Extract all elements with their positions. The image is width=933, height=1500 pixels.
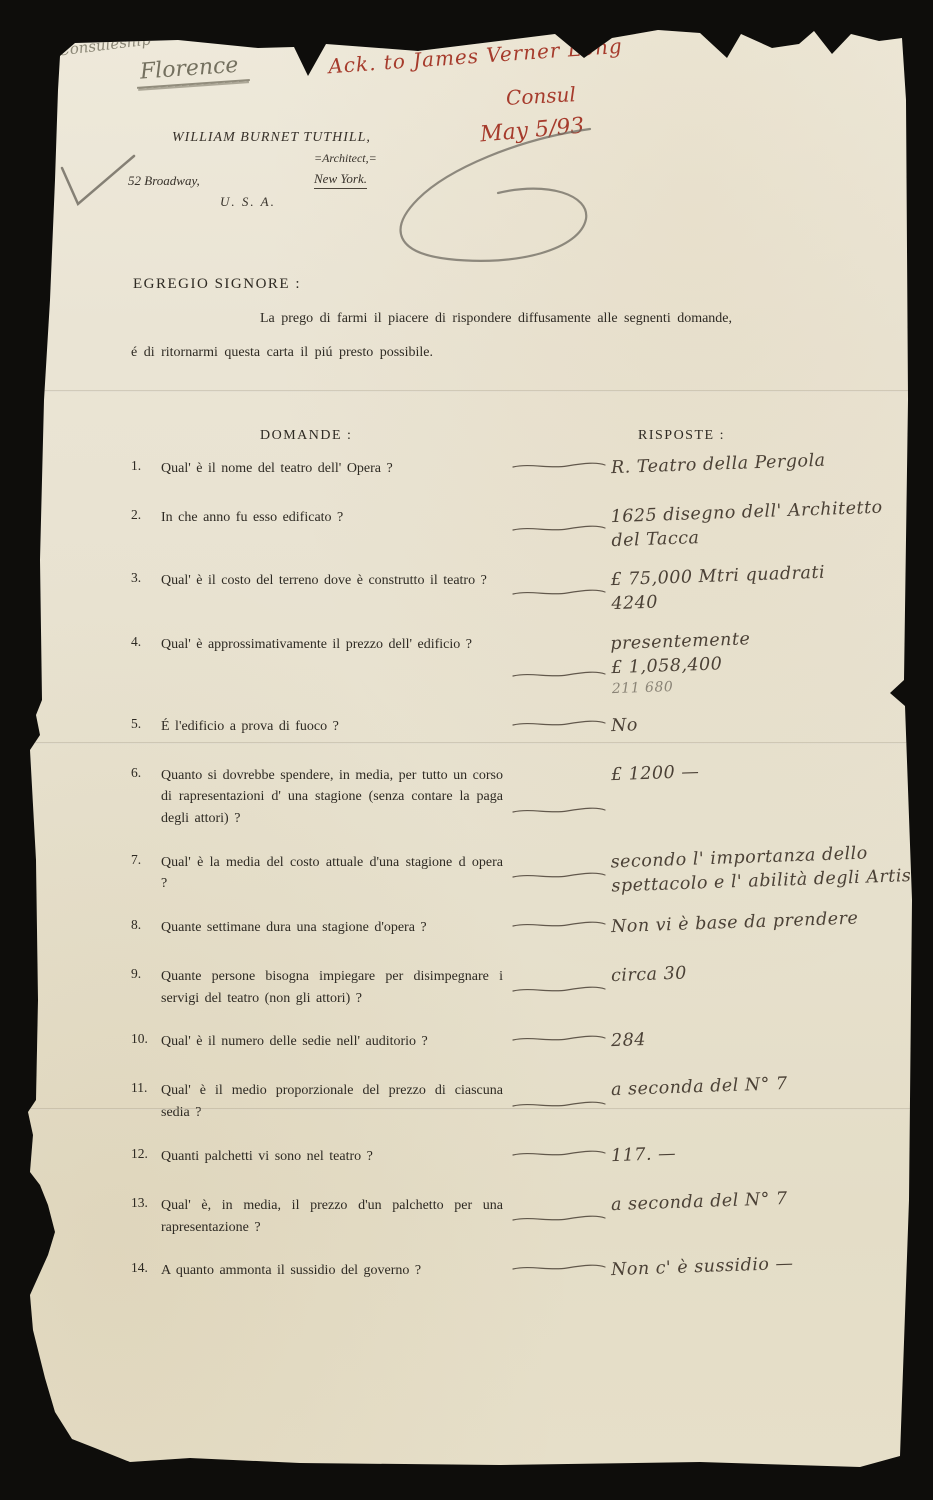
question-row: 12.Quanti palchetti vi sono nel teatro ?…	[131, 1146, 906, 1173]
question-number: 7.	[131, 852, 161, 868]
question-row: 8.Quante settimane dura una stagione d'o…	[131, 917, 906, 944]
answer-lead-line	[511, 1097, 607, 1116]
question-number: 6.	[131, 765, 161, 781]
question-row: 1.Qual' è il nome del teatro dell' Opera…	[131, 458, 906, 485]
handwritten-answer: £ 75,000 Mtri quadrati4240	[610, 559, 906, 617]
handwritten-answer: R. Teatro della Pergola	[611, 447, 907, 481]
answer-line: Non vi è base da prendere	[611, 906, 907, 940]
question-number: 2.	[131, 507, 161, 523]
intro-line-2: é di ritornarmi questa carta il piú pres…	[131, 345, 433, 361]
question-text: Quante settimane dura una stagione d'ope…	[161, 917, 503, 939]
question-number: 12.	[131, 1146, 161, 1162]
question-text: Qual' è la media del costo attuale d'una…	[161, 852, 503, 895]
answer-lead-line	[511, 868, 607, 887]
question-text: Quanti palchetti vi sono nel teatro ?	[161, 1146, 503, 1168]
answer-line: circa 30	[611, 955, 907, 989]
question-row: 3.Qual' è il costo del terreno dove è co…	[131, 570, 906, 611]
question-text: Quanto si dovrebbe spendere, in media, p…	[161, 765, 503, 830]
question-row: 11.Qual' è il medio proporzionale del pr…	[131, 1080, 906, 1123]
handwritten-answer: 284	[611, 1020, 907, 1054]
handwritten-answer: Non c' è sussidio —	[611, 1249, 907, 1283]
pencil-annotation-florence: Florence	[135, 52, 249, 89]
question-number: 10.	[131, 1031, 161, 1047]
handwritten-answer: 1625 disegno dell' Architettodel Tacca	[610, 496, 906, 554]
handwritten-answer: a seconda del N° 7	[611, 1184, 907, 1218]
answer-line: No	[611, 705, 907, 739]
question-row: 9.Quante persone bisogna impiegare per d…	[131, 966, 906, 1009]
question-text: Quante persone bisogna impiegare per dis…	[161, 966, 503, 1009]
question-text: A quanto ammonta il sussidio del governo…	[161, 1260, 503, 1282]
handwritten-answer: circa 30	[611, 955, 907, 989]
question-text: Qual' è approssimativamente il prezzo de…	[161, 634, 503, 656]
answer-line: 284	[611, 1020, 907, 1054]
question-number: 8.	[131, 917, 161, 933]
answer-line: a seconda del N° 7	[611, 1184, 907, 1218]
answer-lead-line	[511, 1211, 607, 1230]
question-number: 4.	[131, 634, 161, 650]
answer-lead-line	[511, 716, 607, 735]
question-row: 10.Qual' è il numero delle sedie nell' a…	[131, 1031, 906, 1058]
question-row: 7.Qual' è la media del costo attuale d'u…	[131, 852, 906, 895]
answer-lead-line	[511, 521, 607, 540]
question-row: 14.A quanto ammonta il sussidio del gove…	[131, 1260, 906, 1287]
handwritten-answer: 117. —	[611, 1135, 907, 1169]
column-header-risposte: RISPOSTE :	[638, 428, 725, 444]
letterhead-name: WILLIAM BURNET TUTHILL,	[172, 130, 371, 146]
answer-lead-line	[511, 585, 607, 604]
question-row: 2.In che anno fu esso edificato ?1625 di…	[131, 507, 906, 548]
answer-lead-line	[511, 458, 607, 477]
answer-lead-line	[511, 1146, 607, 1165]
answer-line: R. Teatro della Pergola	[611, 447, 907, 481]
question-number: 3.	[131, 570, 161, 586]
handwritten-answer: a seconda del N° 7	[611, 1069, 907, 1103]
answer-line: 117. —	[611, 1135, 907, 1169]
answer-lead-line	[511, 667, 607, 686]
question-number: 14.	[131, 1260, 161, 1276]
question-number: 11.	[131, 1080, 161, 1096]
red-ink-consul: Consul	[505, 82, 576, 110]
answer-lead-line	[511, 803, 607, 822]
answer-lead-line	[511, 982, 607, 1001]
handwritten-answer: secondo l' importanza dellospettacolo e …	[610, 840, 925, 898]
document-paper: Consuleship Florence Ack. to James Verne…	[28, 26, 916, 1472]
letterhead-city: New York.	[314, 171, 367, 189]
question-number: 9.	[131, 966, 161, 982]
handwritten-answer: £ 1200 —	[611, 754, 907, 788]
answer-lead-line	[511, 1260, 607, 1279]
answer-lead-line	[511, 917, 607, 936]
question-number: 13.	[131, 1195, 161, 1211]
pencil-annotation: Consuleship	[57, 30, 151, 59]
question-text: In che anno fu esso edificato ?	[161, 507, 503, 529]
handwritten-answer: presentemente£ 1,058,400211 680	[610, 622, 907, 698]
question-text: Qual' è il numero delle sedie nell' audi…	[161, 1031, 503, 1053]
question-text: Qual' è il nome del teatro dell' Opera ?	[161, 458, 503, 480]
red-ink-acknowledgement: Ack. to James Verner Long	[328, 34, 624, 79]
question-row: 4.Qual' è approssimativamente il prezzo …	[131, 634, 906, 694]
question-row: 6.Quanto si dovrebbe spendere, in media,…	[131, 765, 906, 830]
question-row: 13.Qual' è, in media, il prezzo d'un pal…	[131, 1195, 906, 1238]
question-number: 5.	[131, 716, 161, 732]
question-text: Qual' è il costo del terreno dove è cons…	[161, 570, 503, 592]
answer-line: Non c' è sussidio —	[611, 1249, 907, 1283]
handwritten-answer: No	[611, 705, 907, 739]
question-text: Qual' è, in media, il prezzo d'un palche…	[161, 1195, 503, 1238]
question-text: Qual' è il medio proporzionale del prezz…	[161, 1080, 503, 1123]
question-row: 5.É l'edificio a prova di fuoco ?No	[131, 716, 906, 743]
salutation: EGREGIO SIGNORE :	[133, 276, 301, 293]
question-number: 1.	[131, 458, 161, 474]
fold-crease-2	[28, 742, 916, 744]
answer-line: a seconda del N° 7	[611, 1069, 907, 1103]
questions-list: 1.Qual' è il nome del teatro dell' Opera…	[131, 458, 906, 1309]
handwritten-answer: Non vi è base da prendere	[611, 906, 907, 940]
red-ink-date: May 5/93	[479, 113, 585, 147]
fold-crease-1	[28, 390, 916, 392]
letterhead-country: U. S. A.	[220, 194, 276, 210]
answer-line: £ 1200 —	[611, 754, 907, 788]
letterhead-title: =Architect,=	[314, 151, 377, 166]
fold-crease-3	[28, 1108, 916, 1110]
column-header-domande: DOMANDE :	[260, 428, 352, 444]
answer-lead-line	[511, 1031, 607, 1050]
intro-line-1: La prego di farmi il piacere di risponde…	[260, 311, 732, 327]
question-text: É l'edificio a prova di fuoco ?	[161, 716, 503, 738]
letterhead-street: 52 Broadway,	[128, 173, 200, 189]
